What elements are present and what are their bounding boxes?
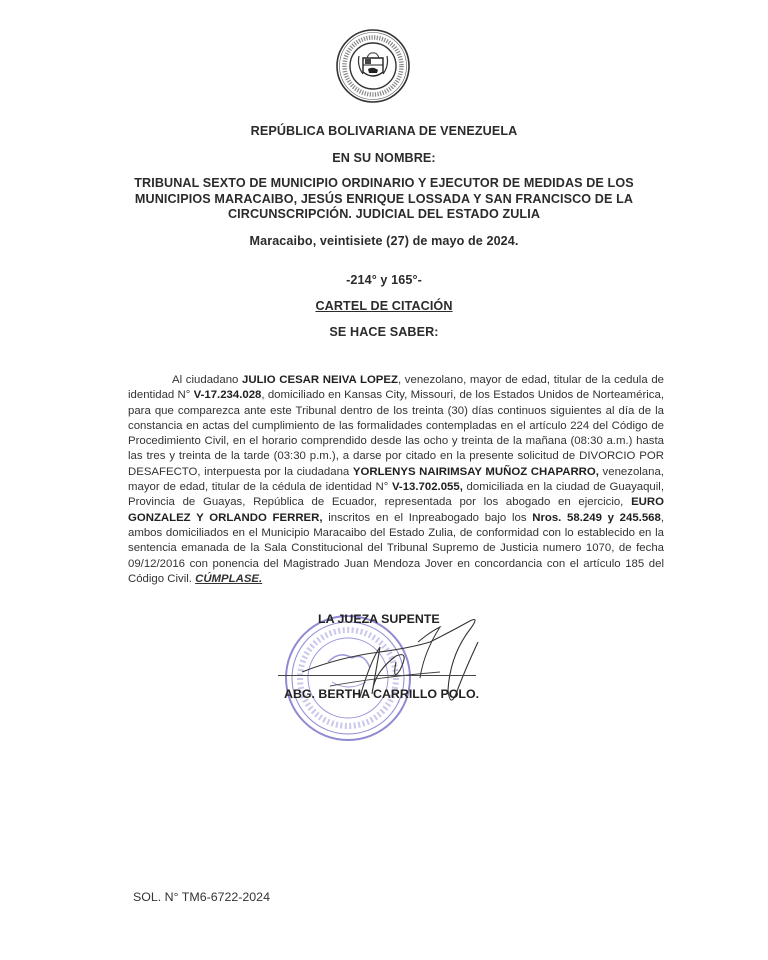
judge-name: ABG. BERTHA CARRILLO POLO. (284, 687, 479, 701)
court-name-line: MUNICIPIOS MARACAIBO, JESÚS ENRIQUE LOSS… (0, 192, 768, 208)
defendant-name: JULIO CESAR NEIVA LOPEZ (242, 374, 398, 386)
date-line: Maracaibo, veintisiete (27) de mayo de 2… (0, 234, 768, 248)
plaintiff-name: YORLENYS NAIRIMSAY MUÑOZ CHAPARRO, (353, 466, 599, 478)
country-heading: REPÚBLICA BOLIVARIANA DE VENEZUELA (0, 124, 768, 138)
request-reference: SOL. N° TM6-6722-2024 (133, 890, 270, 904)
court-name: TRIBUNAL SEXTO DE MUNICIPIO ORDINARIO Y … (0, 176, 768, 223)
years-line: -214° y 165°- (0, 273, 768, 287)
closing-cumplase: CÚMPLASE. (195, 573, 262, 585)
citation-body: Al ciudadano JULIO CESAR NEIVA LOPEZ, ve… (128, 373, 664, 587)
signature-line (278, 675, 476, 676)
court-name-line: CIRCUNSCRIPCIÓN. JUDICIAL DEL ESTADO ZUL… (0, 207, 768, 223)
court-name-line: TRIBUNAL SEXTO DE MUNICIPIO ORDINARIO Y … (0, 176, 768, 192)
document-title: CARTEL DE CITACIÓN (0, 299, 768, 313)
document-title-text: CARTEL DE CITACIÓN (315, 299, 452, 313)
judge-title: LA JUEZA SUPENTE (318, 612, 440, 626)
announce-line: SE HACE SABER: (0, 325, 768, 339)
coat-of-arms-seal-icon (335, 28, 411, 104)
plaintiff-id: V-13.702.055, (392, 481, 463, 493)
inpreabogado-numbers: Nros. 58.249 y 245.568 (532, 512, 661, 524)
in-name-heading: EN SU NOMBRE: (0, 151, 768, 165)
defendant-id: V-17.234.028 (194, 389, 262, 401)
